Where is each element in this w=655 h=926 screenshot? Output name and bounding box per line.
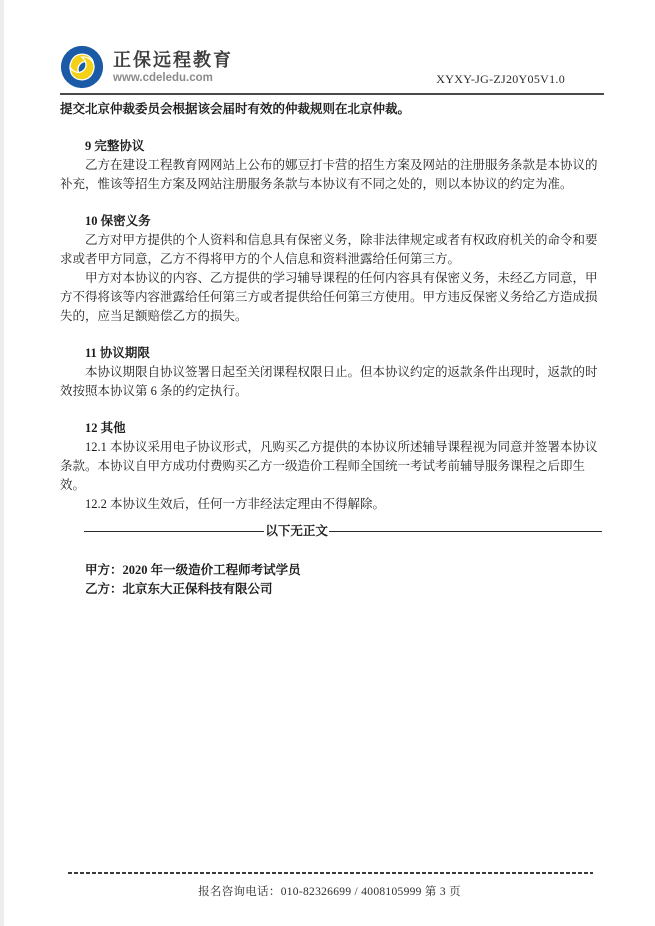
section-heading: 10 保密义务 bbox=[60, 212, 602, 231]
page-header: 正保远程教育 www.cdeledu.com XYXY-JG-ZJ20Y05V1… bbox=[60, 45, 600, 89]
section-paragraph: 12.2 本协议生效后，任何一方非经法定理由不得解除。 bbox=[60, 495, 602, 514]
page-footer: 报名咨询电话：010-82326699 / 4008105999 第 3 页 bbox=[4, 872, 655, 899]
party-b-line: 乙方：北京东大正保科技有限公司 bbox=[60, 580, 602, 599]
section-paragraph: 本协议期限自协议签署日起至关闭课程权限日止。但本协议约定的返款条件出现时，返款的… bbox=[60, 363, 602, 401]
party-b-value: 北京东大正保科技有限公司 bbox=[123, 582, 273, 596]
brand-text: 正保远程教育 www.cdeledu.com bbox=[113, 49, 233, 85]
section-heading: 9 完整协议 bbox=[60, 137, 602, 156]
party-a-label: 甲方： bbox=[85, 563, 123, 577]
document-version-code: XYXY-JG-ZJ20Y05V1.0 bbox=[436, 72, 600, 89]
section-paragraph: 甲方对本协议的内容、乙方提供的学习辅导课程的任何内容具有保密义务，未经乙方同意，… bbox=[60, 269, 602, 326]
contract-section: 12 其他 12.1 本协议采用电子协议形式，凡购买乙方提供的本协议所述辅导课程… bbox=[60, 419, 602, 514]
contract-body: 提交北京仲裁委员会根据该会届时有效的仲裁规则在北京仲裁。 9 完整协议 乙方在建… bbox=[60, 100, 602, 599]
intro-continuation-line: 提交北京仲裁委员会根据该会届时有效的仲裁规则在北京仲裁。 bbox=[60, 100, 602, 119]
party-a-value: 2020 年一级造价工程师考试学员 bbox=[123, 563, 301, 577]
section-heading: 11 协议期限 bbox=[60, 344, 602, 363]
divider-dash-left bbox=[84, 531, 264, 532]
contract-sections: 9 完整协议 乙方在建设工程教育网网站上公布的娜豆打卡营的招生方案及网站的注册服… bbox=[60, 137, 602, 514]
divider-dash-right bbox=[329, 531, 602, 532]
contract-section: 10 保密义务 乙方对甲方提供的个人资料和信息具有保密义务，除非法律规定或者有权… bbox=[60, 212, 602, 326]
brand-block: 正保远程教育 www.cdeledu.com bbox=[60, 45, 233, 89]
section-heading: 12 其他 bbox=[60, 419, 602, 438]
parties-block: 甲方：2020 年一级造价工程师考试学员 乙方：北京东大正保科技有限公司 bbox=[60, 561, 602, 599]
section-paragraph: 12.1 本协议采用电子协议形式，凡购买乙方提供的本协议所述辅导课程视为同意并签… bbox=[60, 438, 602, 495]
brand-url: www.cdeledu.com bbox=[113, 71, 233, 85]
contract-section: 11 协议期限 本协议期限自协议签署日起至关闭课程权限日止。但本协议约定的返款条… bbox=[60, 344, 602, 401]
party-a-line: 甲方：2020 年一级造价工程师考试学员 bbox=[60, 561, 602, 580]
footer-dashed-line bbox=[68, 872, 593, 874]
section-paragraph: 乙方在建设工程教育网网站上公布的娜豆打卡营的招生方案及网站的注册服务条款是本协议… bbox=[60, 156, 602, 194]
footer-contact-page-info: 报名咨询电话：010-82326699 / 4008105999 第 3 页 bbox=[4, 883, 655, 899]
end-of-text-label: 以下无正文 bbox=[264, 522, 329, 541]
header-divider-line bbox=[60, 93, 604, 95]
contract-section: 9 完整协议 乙方在建设工程教育网网站上公布的娜豆打卡营的招生方案及网站的注册服… bbox=[60, 137, 602, 194]
contract-document-page: 正保远程教育 www.cdeledu.com XYXY-JG-ZJ20Y05V1… bbox=[0, 0, 655, 926]
brand-name: 正保远程教育 bbox=[113, 49, 233, 71]
cdel-logo-icon bbox=[60, 45, 104, 89]
end-of-text-divider: 以下无正文 bbox=[60, 522, 602, 541]
party-b-label: 乙方： bbox=[85, 582, 123, 596]
section-paragraph: 乙方对甲方提供的个人资料和信息具有保密义务，除非法律规定或者有权政府机关的命令和… bbox=[60, 231, 602, 269]
